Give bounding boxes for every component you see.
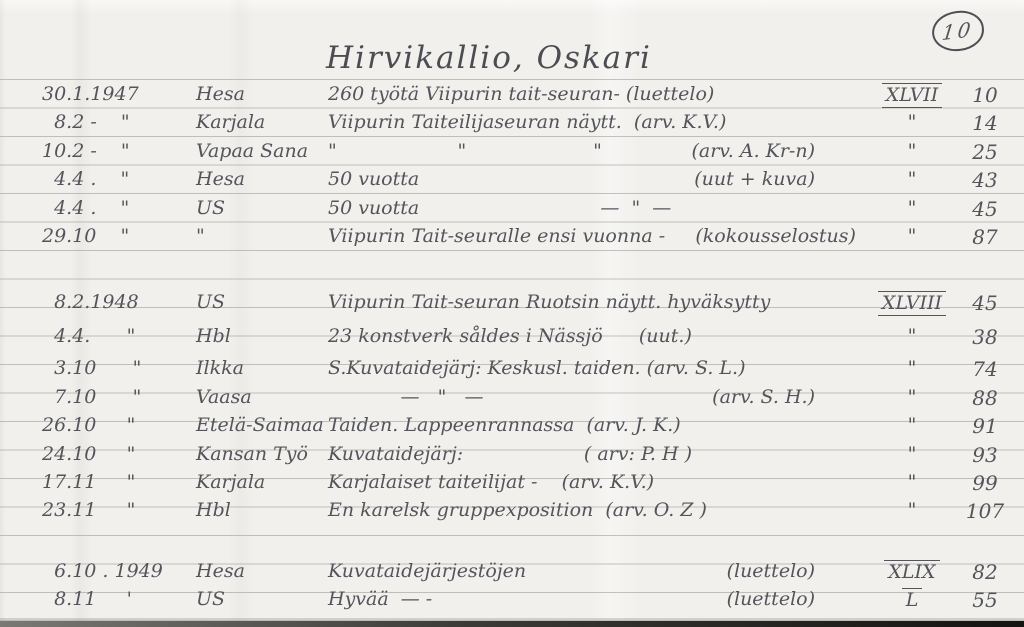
description-cell: Viipurin Tait-seuralle ensi vuonna - (ko… xyxy=(328,225,815,247)
date-cell: 7.10 " xyxy=(42,386,194,408)
source-cell: Kansan Työ xyxy=(196,443,324,465)
description-cell: Viipurin Tait-seuran Ruotsin näytt. hyvä… xyxy=(328,291,815,313)
description-cell: " " " (arv. A. Kr-n) xyxy=(328,140,815,162)
description-text: Kuvataidejärj: ( arv: P. H ) xyxy=(328,443,692,465)
volume-cell: " xyxy=(868,414,956,437)
description-cell: 50 vuotta — " — xyxy=(328,197,815,219)
volume-cell: L xyxy=(868,588,956,612)
page-ref-cell: 107 xyxy=(956,499,1014,523)
volume-text: " xyxy=(904,325,921,348)
source-cell: Hbl xyxy=(196,325,324,347)
volume-text: " xyxy=(904,140,921,163)
page-ref-cell: 43 xyxy=(956,168,1014,192)
table-row: 23.11 " Hbl En karelsk gruppexposition (… xyxy=(0,499,1024,525)
description-cell: 50 vuotta (uut + kuva) xyxy=(328,168,815,190)
source-cell: Karjala xyxy=(196,111,324,133)
date-cell: 4.4 . " xyxy=(42,168,194,190)
volume-text: " xyxy=(904,111,921,134)
page-ref-cell: 14 xyxy=(956,111,1014,135)
volume-text: " xyxy=(904,197,921,220)
description-text: Viipurin Tait-seuralle ensi vuonna - (ko… xyxy=(328,225,856,247)
description-cell: Hyvää — - (luettelo) xyxy=(328,588,815,610)
date-cell: 4.4 . " xyxy=(42,197,194,219)
table-row: 4.4 . " Hesa 50 vuotta (uut + kuva) " 43 xyxy=(0,168,1024,194)
page-ref-cell: 45 xyxy=(956,197,1014,221)
description-text: " " " xyxy=(328,140,602,162)
table-row: 17.11 " Karjala Karjalaiset taiteilijat … xyxy=(0,471,1024,497)
source-cell: Hbl xyxy=(196,499,324,521)
page-ref-cell: 55 xyxy=(956,588,1014,612)
volume-text: " xyxy=(904,386,921,409)
volume-cell: " xyxy=(868,197,956,220)
source-cell: Ilkka xyxy=(196,357,324,379)
table-row: 6.10 . 1949 Hesa Kuvataidejärjestöjen (l… xyxy=(0,560,1024,586)
page-ref-cell: 88 xyxy=(956,386,1014,410)
description-cell: S.Kuvataidejärj: Keskusl. taiden. (arv. … xyxy=(328,357,815,379)
description-text: Karjalaiset taiteilijat - (arv. K.V.) xyxy=(328,471,654,493)
table-row: 8.2 - " Karjala Viipurin Taiteilijaseura… xyxy=(0,111,1024,137)
volume-text: L xyxy=(902,588,923,612)
annotation-text: (uut + kuva) xyxy=(694,168,815,190)
volume-cell: " xyxy=(868,499,956,522)
description-cell: Karjalaiset taiteilijat - (arv. K.V.) xyxy=(328,471,815,493)
volume-cell: " xyxy=(868,471,956,494)
source-cell: Hesa xyxy=(196,168,324,190)
volume-text: " xyxy=(904,443,921,466)
description-cell: Viipurin Taiteilijaseuran näytt. (arv. K… xyxy=(328,111,815,133)
source-cell: Etelä-Saimaa xyxy=(196,414,324,436)
date-cell: 30.1.1947 xyxy=(42,83,194,105)
description-text: Kuvataidejärjestöjen xyxy=(328,560,526,582)
page-ref-cell: 74 xyxy=(956,357,1014,381)
page-ref-cell: 25 xyxy=(956,140,1014,164)
volume-text: " xyxy=(904,471,921,494)
description-text: S.Kuvataidejärj: Keskusl. taiden. (arv. … xyxy=(328,357,746,379)
source-cell: Hesa xyxy=(196,560,324,582)
description-text: Viipurin Tait-seuran Ruotsin näytt. hyvä… xyxy=(328,291,770,313)
source-cell: US xyxy=(196,588,324,610)
volume-cell: " xyxy=(868,225,956,248)
description-text: 50 vuotta xyxy=(328,168,419,190)
description-cell: En karelsk gruppexposition (arv. O. Z ) xyxy=(328,499,815,521)
volume-text: XLVII xyxy=(882,83,943,108)
volume-cell: " xyxy=(868,386,956,409)
volume-text: " xyxy=(904,499,921,522)
description-text: 23 konstverk såldes i Nässjö (uut.) xyxy=(328,325,692,347)
source-cell: Vapaa Sana xyxy=(196,140,324,162)
description-text: En karelsk gruppexposition (arv. O. Z ) xyxy=(328,499,707,521)
volume-cell: " xyxy=(868,111,956,134)
source-cell: Karjala xyxy=(196,471,324,493)
annotation-text: (luettelo) xyxy=(727,588,815,610)
source-cell: US xyxy=(196,197,324,219)
annotation-text: (arv. A. Kr-n) xyxy=(691,140,815,162)
page-ref-cell: 82 xyxy=(956,560,1014,584)
table-row: 26.10 " Etelä-Saimaa Taiden. Lappeenrann… xyxy=(0,414,1024,440)
description-text: 260 työtä Viipurin tait-seuran- (luettel… xyxy=(328,83,714,105)
table-row: 24.10 " Kansan Työ Kuvataidejärj: ( arv:… xyxy=(0,443,1024,469)
description-text: Taiden. Lappeenrannassa (arv. J. K.) xyxy=(328,414,681,436)
volume-cell: " xyxy=(868,357,956,380)
table-row: 10.2 - " Vapaa Sana " " " (arv. A. Kr-n)… xyxy=(0,140,1024,166)
table-row: 8.11 ' US Hyvää — - (luettelo) L 55 xyxy=(0,588,1024,614)
table-row: 4.4. " Hbl 23 konstverk såldes i Nässjö … xyxy=(0,325,1024,351)
annotation-text: (arv. S. H.) xyxy=(712,386,815,408)
date-cell: 8.11 ' xyxy=(42,588,194,610)
table-row: 7.10 " Vaasa — " — (arv. S. H.) " 88 xyxy=(0,386,1024,412)
date-cell: 29.10 " xyxy=(42,225,194,247)
description-text: Viipurin Taiteilijaseuran näytt. (arv. K… xyxy=(328,111,726,133)
date-cell: 3.10 " xyxy=(42,357,194,379)
volume-text: " xyxy=(904,414,921,437)
page-ref-cell: 45 xyxy=(956,291,1014,315)
date-cell: 26.10 " xyxy=(42,414,194,436)
date-cell: 4.4. " xyxy=(42,325,194,347)
page-ref-cell: 38 xyxy=(956,325,1014,349)
description-cell: — " — (arv. S. H.) xyxy=(328,386,815,408)
date-cell: 10.2 - " xyxy=(42,140,194,162)
volume-cell: " xyxy=(868,443,956,466)
volume-cell: XLVII xyxy=(868,83,956,108)
description-cell: Kuvataidejärj: ( arv: P. H ) xyxy=(328,443,815,465)
page-title: Hirvikallio, Oskari xyxy=(326,40,652,76)
description-cell: Kuvataidejärjestöjen (luettelo) xyxy=(328,560,815,582)
source-cell: " xyxy=(196,225,324,247)
date-cell: 6.10 . 1949 xyxy=(42,560,194,582)
date-cell: 8.2 - " xyxy=(42,111,194,133)
table-row: 3.10 " Ilkka S.Kuvataidejärj: Keskusl. t… xyxy=(0,357,1024,383)
volume-text: " xyxy=(904,357,921,380)
date-cell: 17.11 " xyxy=(42,471,194,493)
volume-cell: " xyxy=(868,168,956,191)
description-cell: 260 työtä Viipurin tait-seuran- (luettel… xyxy=(328,83,815,105)
date-cell: 24.10 " xyxy=(42,443,194,465)
description-text: — " — xyxy=(328,386,483,408)
paper-bottom-edge xyxy=(0,621,1024,627)
volume-text: XLVIII xyxy=(878,291,946,316)
volume-cell: " xyxy=(868,140,956,163)
scanned-index-card: Hirvikallio, Oskari 10 30.1.1947 Hesa 26… xyxy=(0,0,1024,627)
page-ref-cell: 93 xyxy=(956,443,1014,467)
source-cell: Hesa xyxy=(196,83,324,105)
volume-text: XLIX xyxy=(884,560,939,584)
date-cell: 8.2.1948 xyxy=(42,291,194,313)
table-row: 29.10 " " Viipurin Tait-seuralle ensi vu… xyxy=(0,225,1024,251)
page-ref-cell: 91 xyxy=(956,414,1014,438)
table-row: 30.1.1947 Hesa 260 työtä Viipurin tait-s… xyxy=(0,83,1024,109)
page-number: 10 xyxy=(941,17,975,45)
volume-text: " xyxy=(904,225,921,248)
volume-cell: " xyxy=(868,325,956,348)
volume-text: " xyxy=(904,168,921,191)
description-cell: 23 konstverk såldes i Nässjö (uut.) xyxy=(328,325,815,347)
page-number-badge: 10 xyxy=(930,8,986,54)
volume-cell: XLVIII xyxy=(868,291,956,316)
description-text: 50 vuotta — " — xyxy=(328,197,671,219)
page-ref-cell: 10 xyxy=(956,83,1014,107)
annotation-text: (luettelo) xyxy=(727,560,815,582)
source-cell: US xyxy=(196,291,324,313)
description-text: Hyvää — - xyxy=(328,588,432,610)
table-row: 8.2.1948 US Viipurin Tait-seuran Ruotsin… xyxy=(0,291,1024,317)
page-ref-cell: 99 xyxy=(956,471,1014,495)
description-cell: Taiden. Lappeenrannassa (arv. J. K.) xyxy=(328,414,815,436)
source-cell: Vaasa xyxy=(196,386,324,408)
table-row: 4.4 . " US 50 vuotta — " — " 45 xyxy=(0,197,1024,223)
page-ref-cell: 87 xyxy=(956,225,1014,249)
date-cell: 23.11 " xyxy=(42,499,194,521)
volume-cell: XLIX xyxy=(868,560,956,584)
